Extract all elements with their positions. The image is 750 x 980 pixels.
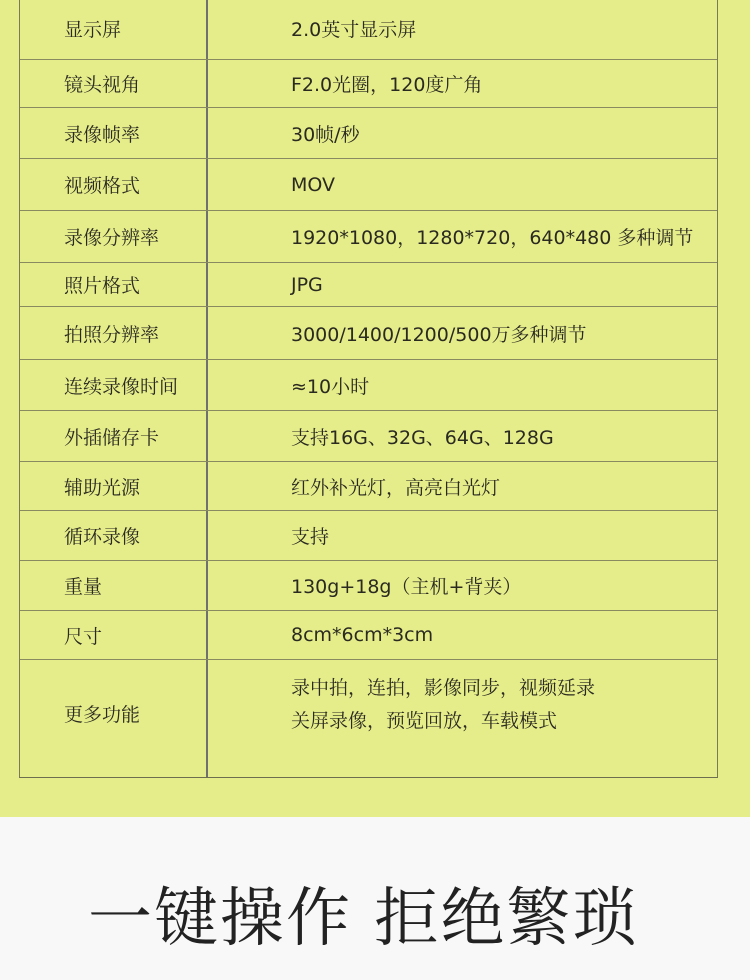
spec-label: 视频格式 — [20, 159, 208, 210]
table-row: 重量130g+18g（主机+背夹） — [20, 560, 717, 610]
table-row: 辅助光源红外补光灯，高亮白光灯 — [20, 461, 717, 510]
spec-label: 外插储存卡 — [20, 411, 208, 461]
spec-label: 辅助光源 — [20, 462, 208, 510]
spec-value-list: 录中拍，连拍，影像同步，视频延录关屏录像，预览回放，车载模式 — [208, 660, 717, 777]
table-row: 录像分辨率1920*1080，1280*720，640*480 多种调节 — [20, 210, 717, 262]
table-row-more-features: 更多功能录中拍，连拍，影像同步，视频延录关屏录像，预览回放，车载模式 — [20, 659, 717, 777]
spec-label: 更多功能 — [20, 660, 208, 777]
spec-value: 支持 — [208, 511, 717, 560]
spec-label: 录像分辨率 — [20, 211, 208, 262]
table-row: 尺寸8cm*6cm*3cm — [20, 610, 717, 659]
spec-label: 录像帧率 — [20, 108, 208, 158]
spec-value: 130g+18g（主机+背夹） — [208, 561, 717, 610]
table-row: 连续录像时间≈10小时 — [20, 359, 717, 410]
headline-title: 一键操作 拒绝繁琐 — [88, 867, 638, 959]
spec-value: 8cm*6cm*3cm — [208, 611, 717, 659]
spec-label: 循环录像 — [20, 511, 208, 560]
spec-value: ≈10小时 — [208, 360, 717, 410]
headline-section: 一键操作 拒绝繁琐 — [0, 817, 750, 980]
spec-label: 显示屏 — [20, 0, 208, 59]
spec-label: 连续录像时间 — [20, 360, 208, 410]
spec-value: JPG — [208, 263, 717, 306]
spec-table: 显示屏2.0英寸显示屏镜头视角F2.0光圈，120度广角录像帧率30帧/秒视频格… — [19, 0, 718, 778]
table-row: 视频格式MOV — [20, 158, 717, 210]
spec-label: 镜头视角 — [20, 60, 208, 107]
spec-value: 3000/1400/1200/500万多种调节 — [208, 307, 717, 359]
table-row: 拍照分辨率3000/1400/1200/500万多种调节 — [20, 306, 717, 359]
spec-value: F2.0光圈，120度广角 — [208, 60, 717, 107]
spec-value: 红外补光灯，高亮白光灯 — [208, 462, 717, 510]
spec-section: 显示屏2.0英寸显示屏镜头视角F2.0光圈，120度广角录像帧率30帧/秒视频格… — [0, 0, 750, 817]
table-row: 显示屏2.0英寸显示屏 — [20, 0, 717, 59]
table-row: 镜头视角F2.0光圈，120度广角 — [20, 59, 717, 107]
spec-value: 2.0英寸显示屏 — [208, 0, 717, 59]
table-row: 录像帧率30帧/秒 — [20, 107, 717, 158]
spec-value: 1920*1080，1280*720，640*480 多种调节 — [208, 211, 717, 262]
spec-label: 照片格式 — [20, 263, 208, 306]
table-row: 循环录像支持 — [20, 510, 717, 560]
spec-value: 支持16G、32G、64G、128G — [208, 411, 717, 461]
feature-line: 录中拍，连拍，影像同步，视频延录 — [291, 672, 595, 705]
spec-value: 30帧/秒 — [208, 108, 717, 158]
feature-line: 关屏录像，预览回放，车载模式 — [291, 705, 557, 738]
spec-label: 重量 — [20, 561, 208, 610]
table-row: 照片格式JPG — [20, 262, 717, 306]
table-row: 外插储存卡支持16G、32G、64G、128G — [20, 410, 717, 461]
spec-value: MOV — [208, 159, 717, 210]
spec-label: 拍照分辨率 — [20, 307, 208, 359]
spec-label: 尺寸 — [20, 611, 208, 659]
